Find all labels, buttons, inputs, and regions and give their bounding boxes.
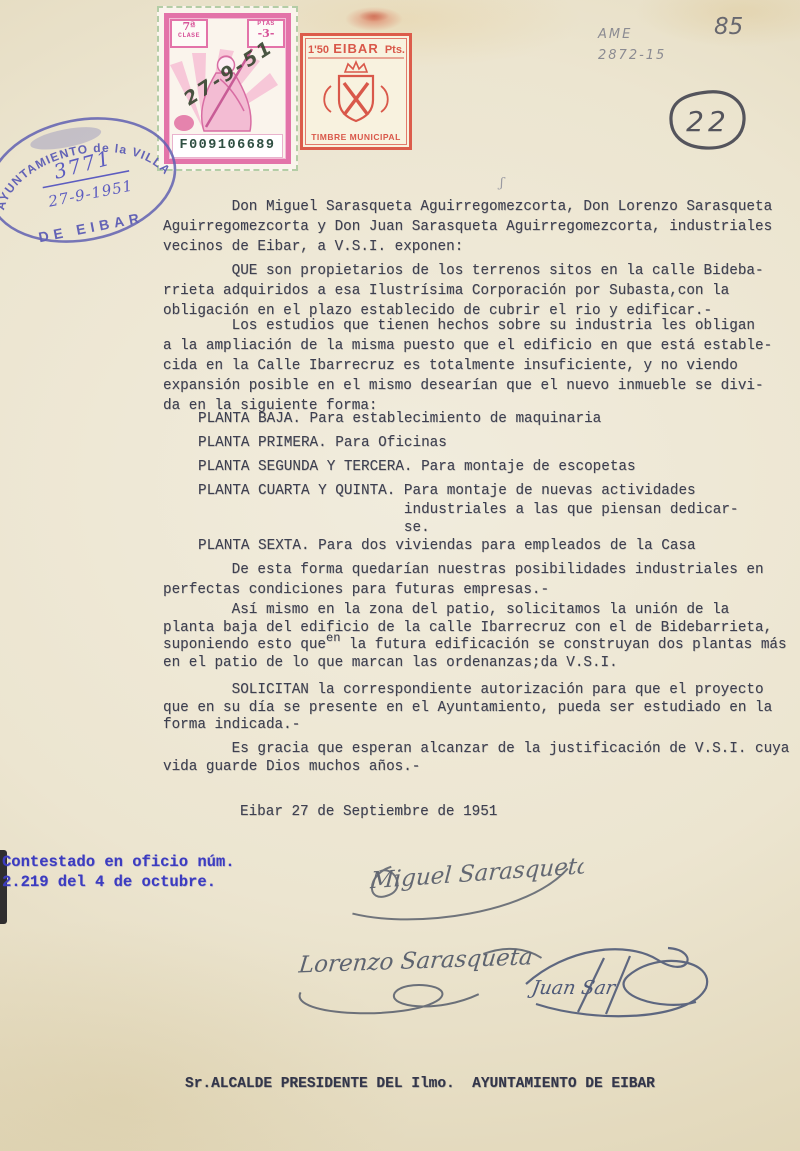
inserted-word: en: [326, 630, 340, 648]
municipal-stamp-value: 1'50: [308, 44, 329, 56]
addressee-line: Sr.ALCALDE PRESIDENTE DEL Ilmo. AYUNTAMI…: [185, 1076, 655, 1092]
page-number: 85: [714, 14, 743, 40]
signature-lorenzo-name: Lorenzo Sarasqueta: [297, 944, 534, 978]
ref-line1: AME: [598, 27, 632, 42]
list-item-planta-segunda: PLANTA SEGUNDA Y TERCERA. Para montaje d…: [198, 458, 636, 477]
paragraph-asi-mismo: Así mismo en la zona del patio, solicita…: [163, 602, 787, 672]
municipal-stamp-caption: TIMBRE MUNICIPAL: [311, 132, 401, 142]
reply-annotation: Contestado en oficio núm. 2.219 del 4 de…: [2, 852, 235, 892]
stray-ink-mark: ʃ: [500, 176, 504, 191]
fiscal-class-value: 7ª: [172, 21, 206, 33]
signature-loop-flourish-art: [299, 983, 479, 1016]
fiscal-stamp-serial: F009106689: [172, 134, 283, 158]
date-line: Eibar 27 de Septiembre de 1951: [240, 802, 497, 822]
list-item-planta-baja: PLANTA BAJA. Para establecimiento de maq…: [198, 410, 601, 429]
pencil-reference-note: AME 2872-15: [598, 24, 666, 66]
scanned-document-page: 7ª CLASE PTAS -3- F009106689 27-9-51: [0, 0, 800, 1151]
signature-miguel-name: Miguel Sarasqueta: [369, 853, 588, 895]
fiscal-stamp: 7ª CLASE PTAS -3- F009106689 27-9-51: [157, 6, 298, 171]
signature-juan-name: Juan Sar: [526, 976, 619, 999]
paragraph-solicitan: SOLICITAN la correspondiente autorizació…: [163, 682, 772, 735]
list-item-planta-primera: PLANTA PRIMERA. Para Oficinas: [198, 434, 447, 453]
saltire-art: [344, 83, 368, 115]
paragraph-introduction: Don Miguel Sarasqueta Aguirregomezcorta,…: [163, 197, 772, 257]
crown-art: [345, 62, 367, 72]
circled-number-value: 22: [686, 105, 730, 138]
municipal-stamp-currency: Pts.: [385, 44, 405, 56]
list-item-planta-sexta: PLANTA SEXTA. Para dos viviendas para em…: [198, 537, 696, 556]
paragraph-es-gracia: Es gracia que esperan alcanzar de la jus…: [163, 741, 789, 776]
paragraph-de-esta-forma: De esta forma quedarían nuestras posibil…: [163, 560, 764, 600]
paragraph-que-propietarios: QUE son propietarios de los terrenos sit…: [163, 261, 764, 321]
municipal-stamp-art: 1'50 EIBAR Pts. TIMBRE MUNICIPAL: [303, 36, 409, 147]
municipal-stamp: 1'50 EIBAR Pts. TIMBRE MUNICIPAL: [300, 33, 412, 150]
ref-line2: 2872-15: [598, 48, 666, 63]
ink-smudge-core: [352, 8, 396, 24]
fiscal-class-label: CLASE: [172, 33, 206, 40]
paragraph-estudios: Los estudios que tienen hechos sobre su …: [163, 316, 772, 416]
municipal-stamp-city: EIBAR: [333, 41, 378, 56]
circled-number: 22: [666, 88, 750, 152]
list-item-planta-cuarta: PLANTA CUARTA Y QUINTA. Para montaje de …: [198, 482, 739, 538]
signature-juan: Juan Sar: [508, 932, 718, 1032]
fiscal-stamp-class-box: 7ª CLASE: [170, 19, 208, 48]
